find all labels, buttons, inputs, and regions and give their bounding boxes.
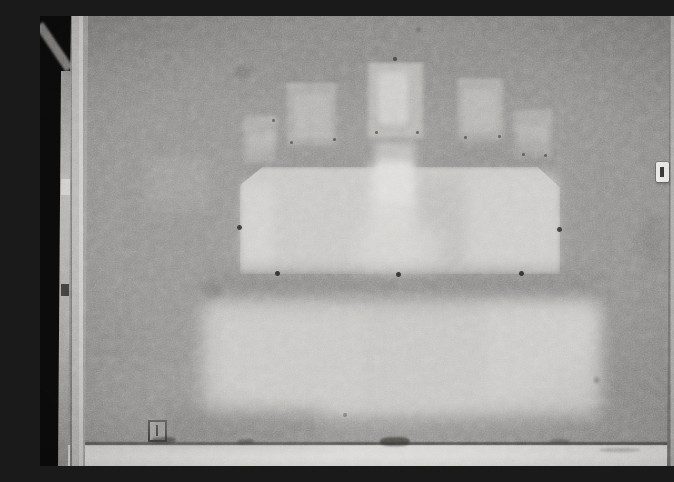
- blotch-baseboard-3: [380, 437, 410, 446]
- bed-bright-mid: [370, 316, 480, 408]
- scuff-bottom-right: [600, 448, 640, 452]
- blotch-baseboard-4: [550, 439, 570, 444]
- bed-bright-right: [480, 308, 594, 406]
- speck-bed-right: [594, 377, 600, 383]
- screw-hole-panel-bottom-2: [396, 272, 401, 277]
- light-switch: [656, 162, 669, 182]
- panel-bright-left: [243, 184, 273, 264]
- bed-bright-left: [218, 313, 370, 409]
- photograph: [40, 16, 674, 466]
- dark-spot-upper-left: [235, 65, 250, 79]
- nail-hole-med-right-bl: [464, 136, 467, 139]
- blotch-baseboard-1: [152, 437, 176, 443]
- speck-top-center: [416, 27, 421, 32]
- nail-hole-center-frame-br: [416, 131, 419, 134]
- panel-bright-top-blob: [376, 161, 412, 203]
- smudge-above-baseboard: [166, 409, 321, 439]
- smudge-right-wall: [638, 212, 662, 267]
- ghost-faint-patch-left: [146, 157, 210, 209]
- bed-dark-spot-left: [203, 285, 221, 297]
- ghost-traces-layer: [40, 16, 674, 466]
- nail-hole-med-left-br: [333, 138, 336, 141]
- ghost-frame-med-right-inner: [464, 90, 497, 132]
- wall-shade-left: [84, 56, 214, 386]
- door-lock-strike: [61, 284, 69, 296]
- left-door-frame: [70, 16, 88, 466]
- light-switch-toggle: [660, 167, 664, 177]
- blotch-baseboard-2: [238, 439, 254, 444]
- nail-hole-small-left-tr: [272, 119, 275, 122]
- nail-hole-small-right-bl: [522, 153, 525, 156]
- ghost-portrait-blob: [378, 72, 408, 124]
- screw-hole-panel-left: [237, 225, 242, 230]
- door-latch-plate: [61, 179, 70, 195]
- nail-hole-med-right-br: [498, 135, 501, 138]
- screw-hole-panel-bottom-1: [275, 271, 280, 276]
- nail-hole-center-frame-top: [393, 57, 397, 61]
- panel-bright-center-flare: [356, 228, 440, 274]
- nail-hole-med-left-bl: [290, 141, 293, 144]
- screw-hole-panel-right: [557, 227, 562, 232]
- screw-hole-panel-bottom-3: [519, 271, 524, 276]
- speck-bed-bottom: [343, 413, 347, 417]
- ghost-frame-med-left-inner: [294, 95, 330, 138]
- nail-hole-center-frame-bl: [375, 131, 378, 134]
- nail-hole-small-right-br: [544, 154, 547, 157]
- panel-bright-right: [468, 174, 556, 266]
